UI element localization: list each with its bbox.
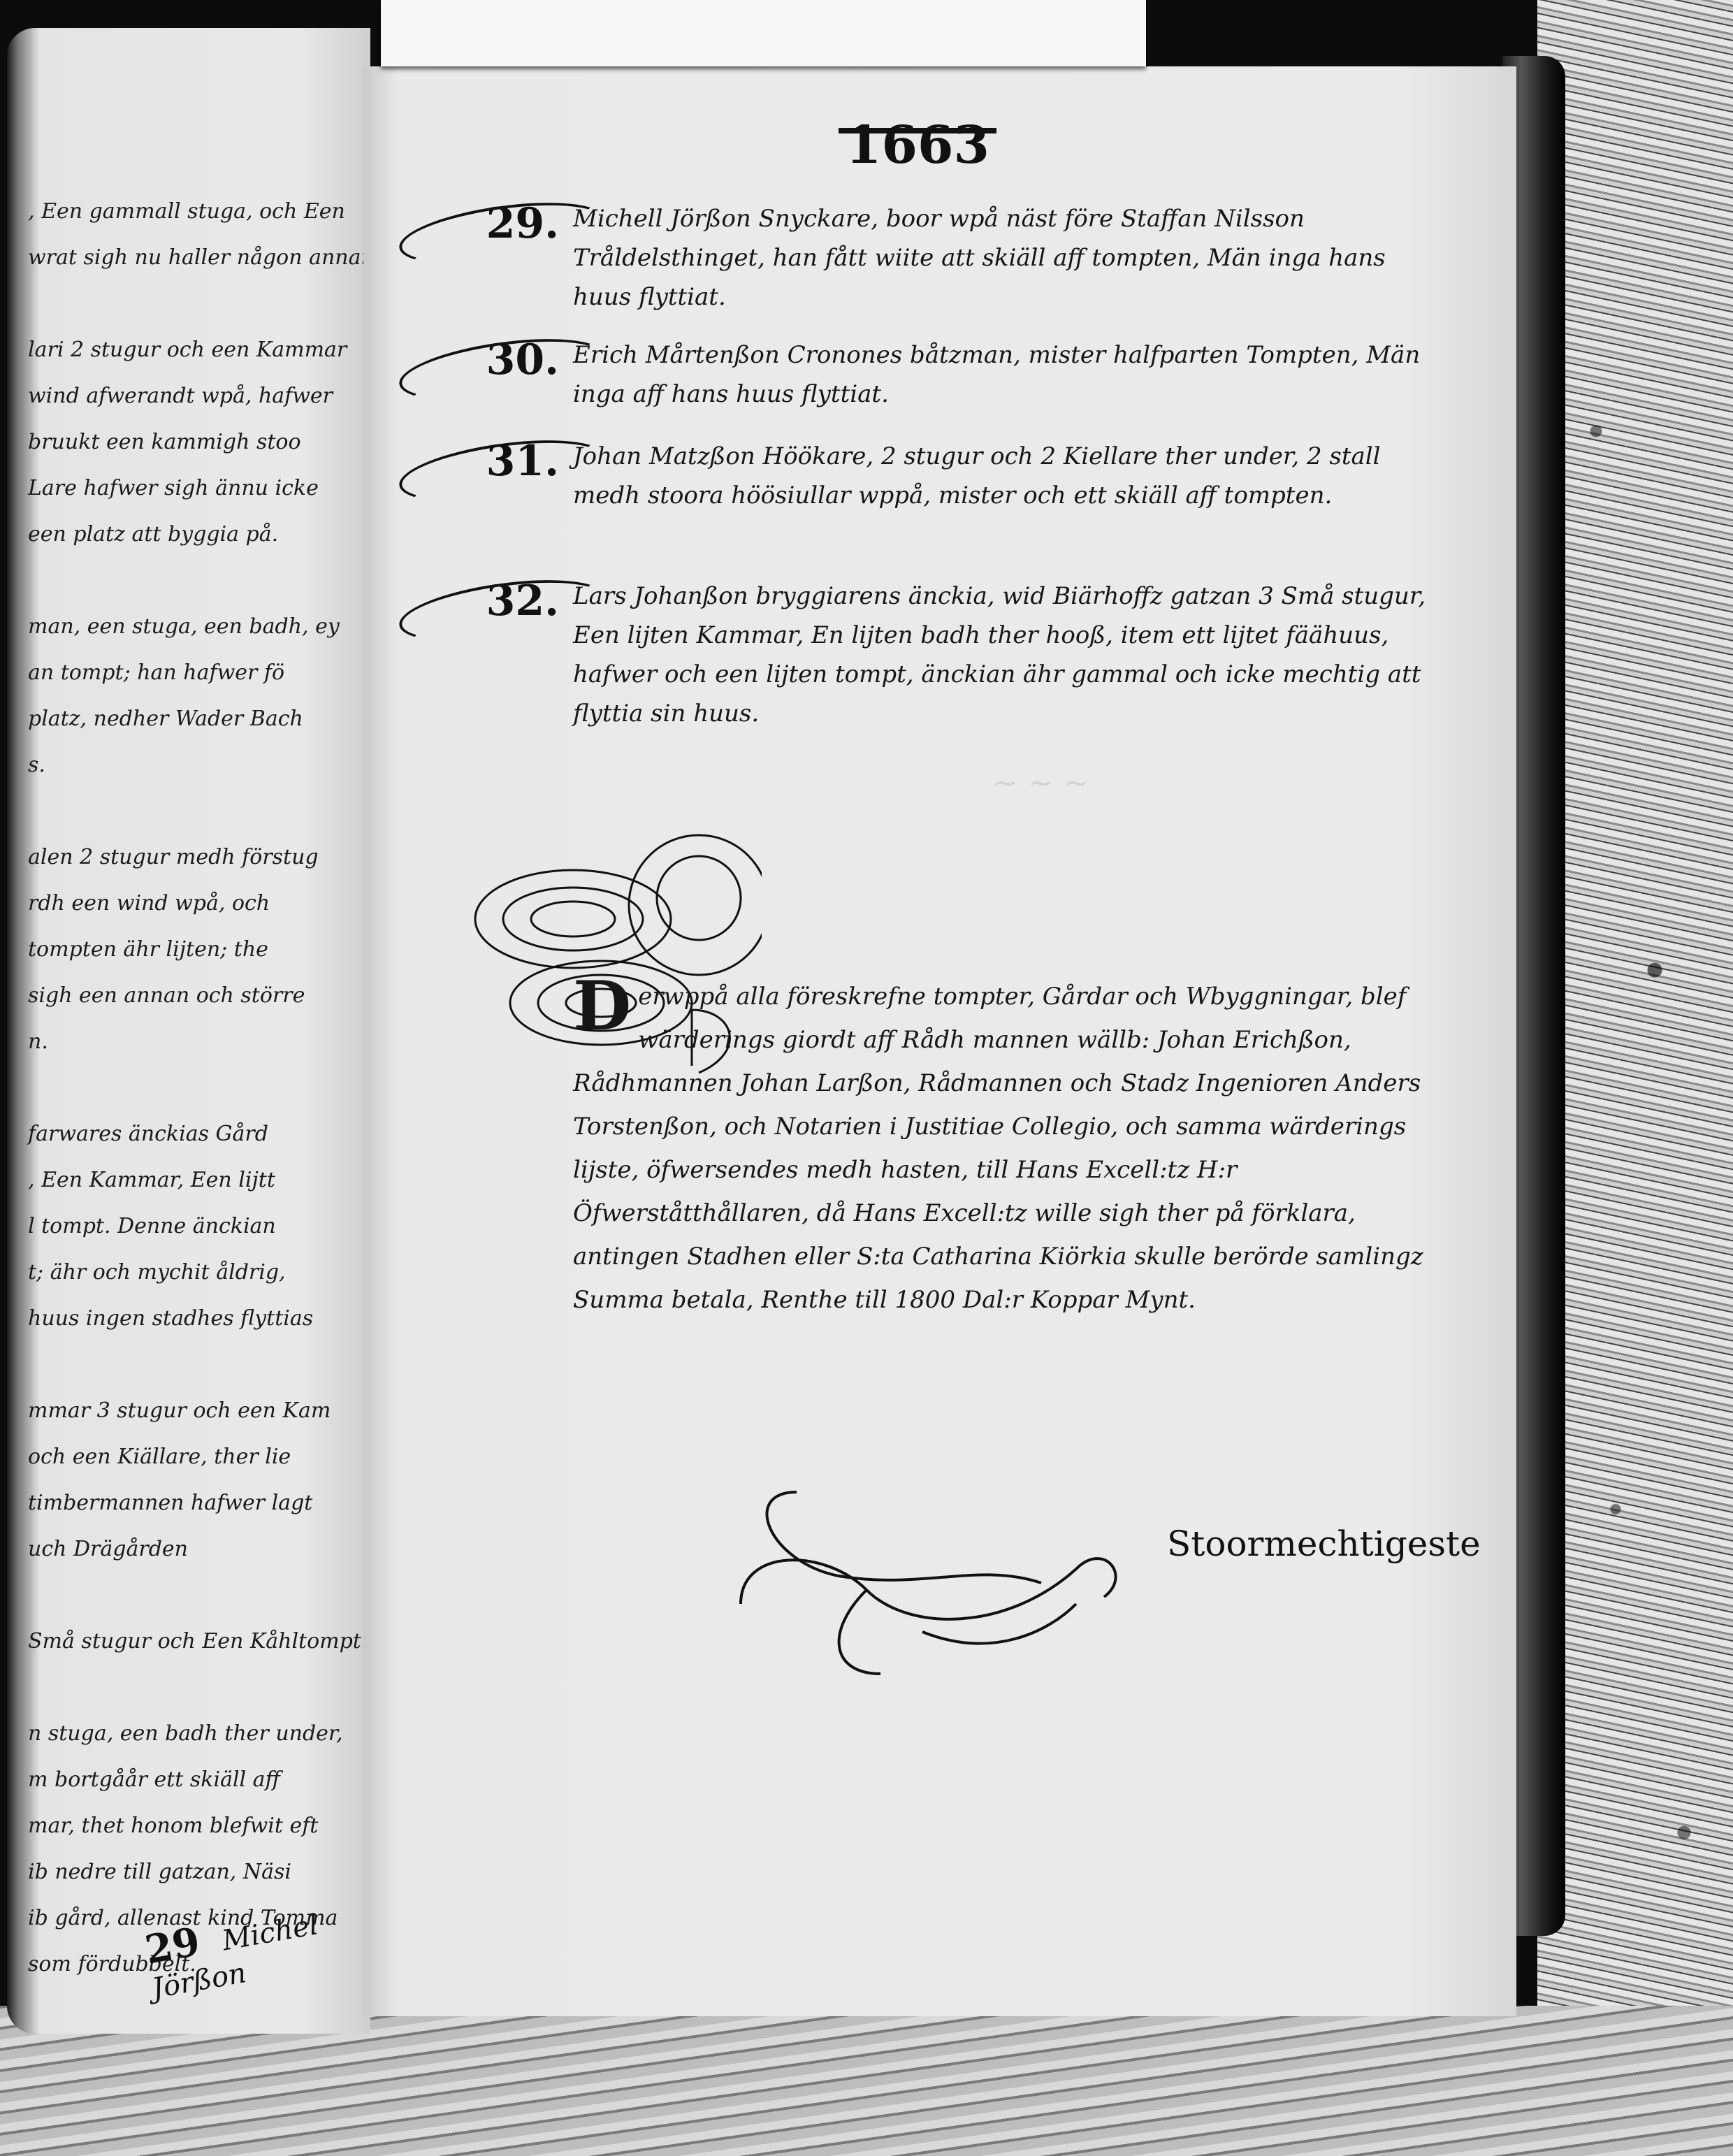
entry-number: 30.: [482, 335, 559, 384]
left-line: n stuga, een badh ther under,: [28, 1711, 363, 1757]
bleed-through-text: ~ ~ ~: [992, 765, 1089, 801]
left-line: , Een Kammar, Een lijtt: [28, 1157, 363, 1203]
page-year: 1663: [846, 115, 989, 175]
left-line: l tompt. Denne änckian: [28, 1203, 363, 1250]
left-line: man, een stuga, een badh, ey: [28, 604, 363, 650]
left-line: , Een gammall stuga, och Een: [28, 189, 363, 235]
left-line: alen 2 stugur medh förstug: [28, 834, 363, 881]
left-line: [28, 1342, 363, 1388]
entry-text: Lars Johanßon bryggiarens änckia, wid Bi…: [573, 577, 1440, 733]
left-line: uch Drägården: [28, 1526, 363, 1572]
left-line: n.: [28, 1019, 363, 1065]
closing-paragraph: D erwppå alla föreskrefne tompter, Gårda…: [573, 975, 1453, 1322]
entry-number: 32.: [482, 577, 559, 625]
left-page: , Een gammall stuga, och Een wrat sigh n…: [7, 28, 370, 2034]
left-line: platz, nedher Wader Bach: [28, 696, 363, 742]
left-line: mar, thet honom blefwit eft: [28, 1803, 363, 1849]
left-line: bruukt een kammigh stoo: [28, 419, 363, 465]
left-line: sigh een annan och större: [28, 973, 363, 1019]
left-line: an tompt; han hafwer fö: [28, 650, 363, 696]
left-line: m bortgåår ett skiäll aff: [28, 1757, 363, 1803]
entry-number: 31.: [482, 437, 559, 486]
closing-text: erwppå alla föreskrefne tompter, Gårdar …: [573, 983, 1423, 1314]
left-line: wrat sigh nu haller någon annan: [28, 235, 363, 281]
left-line: Små stugur och Een Kåhltompt.: [28, 1619, 363, 1665]
left-line: och een Kiällare, ther lie: [28, 1434, 363, 1480]
calligraphic-flourish-icon: [713, 1464, 1146, 1695]
left-line: ib nedre till gatzan, Näsi: [28, 1849, 363, 1895]
left-line: mmar 3 stugur och een Kam: [28, 1388, 363, 1434]
left-line: [28, 1665, 363, 1711]
left-line: t; ähr och mychit åldrig,: [28, 1250, 363, 1296]
left-line: [28, 1065, 363, 1111]
left-line: [28, 788, 363, 834]
wooden-surface: [1537, 0, 1733, 2156]
left-line: wind afwerandt wpå, hafwer: [28, 373, 363, 419]
left-page-text: , Een gammall stuga, och Een wrat sigh n…: [28, 189, 363, 1988]
left-line: huus ingen stadhes flyttias: [28, 1296, 363, 1342]
left-line: tompten ähr lijten; the: [28, 927, 363, 973]
left-line: een platz att byggia på.: [28, 512, 363, 558]
closing-initial: D: [573, 975, 631, 1038]
left-line: [28, 1572, 363, 1619]
catchword-text: Stoormechtigeste: [1167, 1524, 1481, 1564]
entry-number: 29.: [482, 199, 559, 248]
left-line: timbermannen hafwer lagt: [28, 1480, 363, 1526]
page-catchword: Stoormechtigeste: [1167, 1524, 1481, 1564]
entry-text: Erich Mårtenßon Cronones båtzman, mister…: [573, 335, 1440, 414]
left-line: Lare hafwer sigh ännu icke: [28, 465, 363, 512]
left-line: [28, 558, 363, 604]
right-page: ~ ~ ~ 1663 29. Michell Jörßon Snyckare, …: [363, 66, 1516, 2016]
left-line: s.: [28, 742, 363, 788]
left-line: [28, 281, 363, 327]
entry-text: Johan Matzßon Höökare, 2 stugur och 2 Ki…: [573, 437, 1440, 515]
paper-label-strip: [381, 0, 1146, 66]
left-line: lari 2 stugur och een Kammar: [28, 327, 363, 373]
entry-text: Michell Jörßon Snyckare, boor wpå näst f…: [573, 199, 1440, 317]
left-line: rdh een wind wpå, och: [28, 881, 363, 927]
left-line: farwares änckias Gård: [28, 1111, 363, 1157]
